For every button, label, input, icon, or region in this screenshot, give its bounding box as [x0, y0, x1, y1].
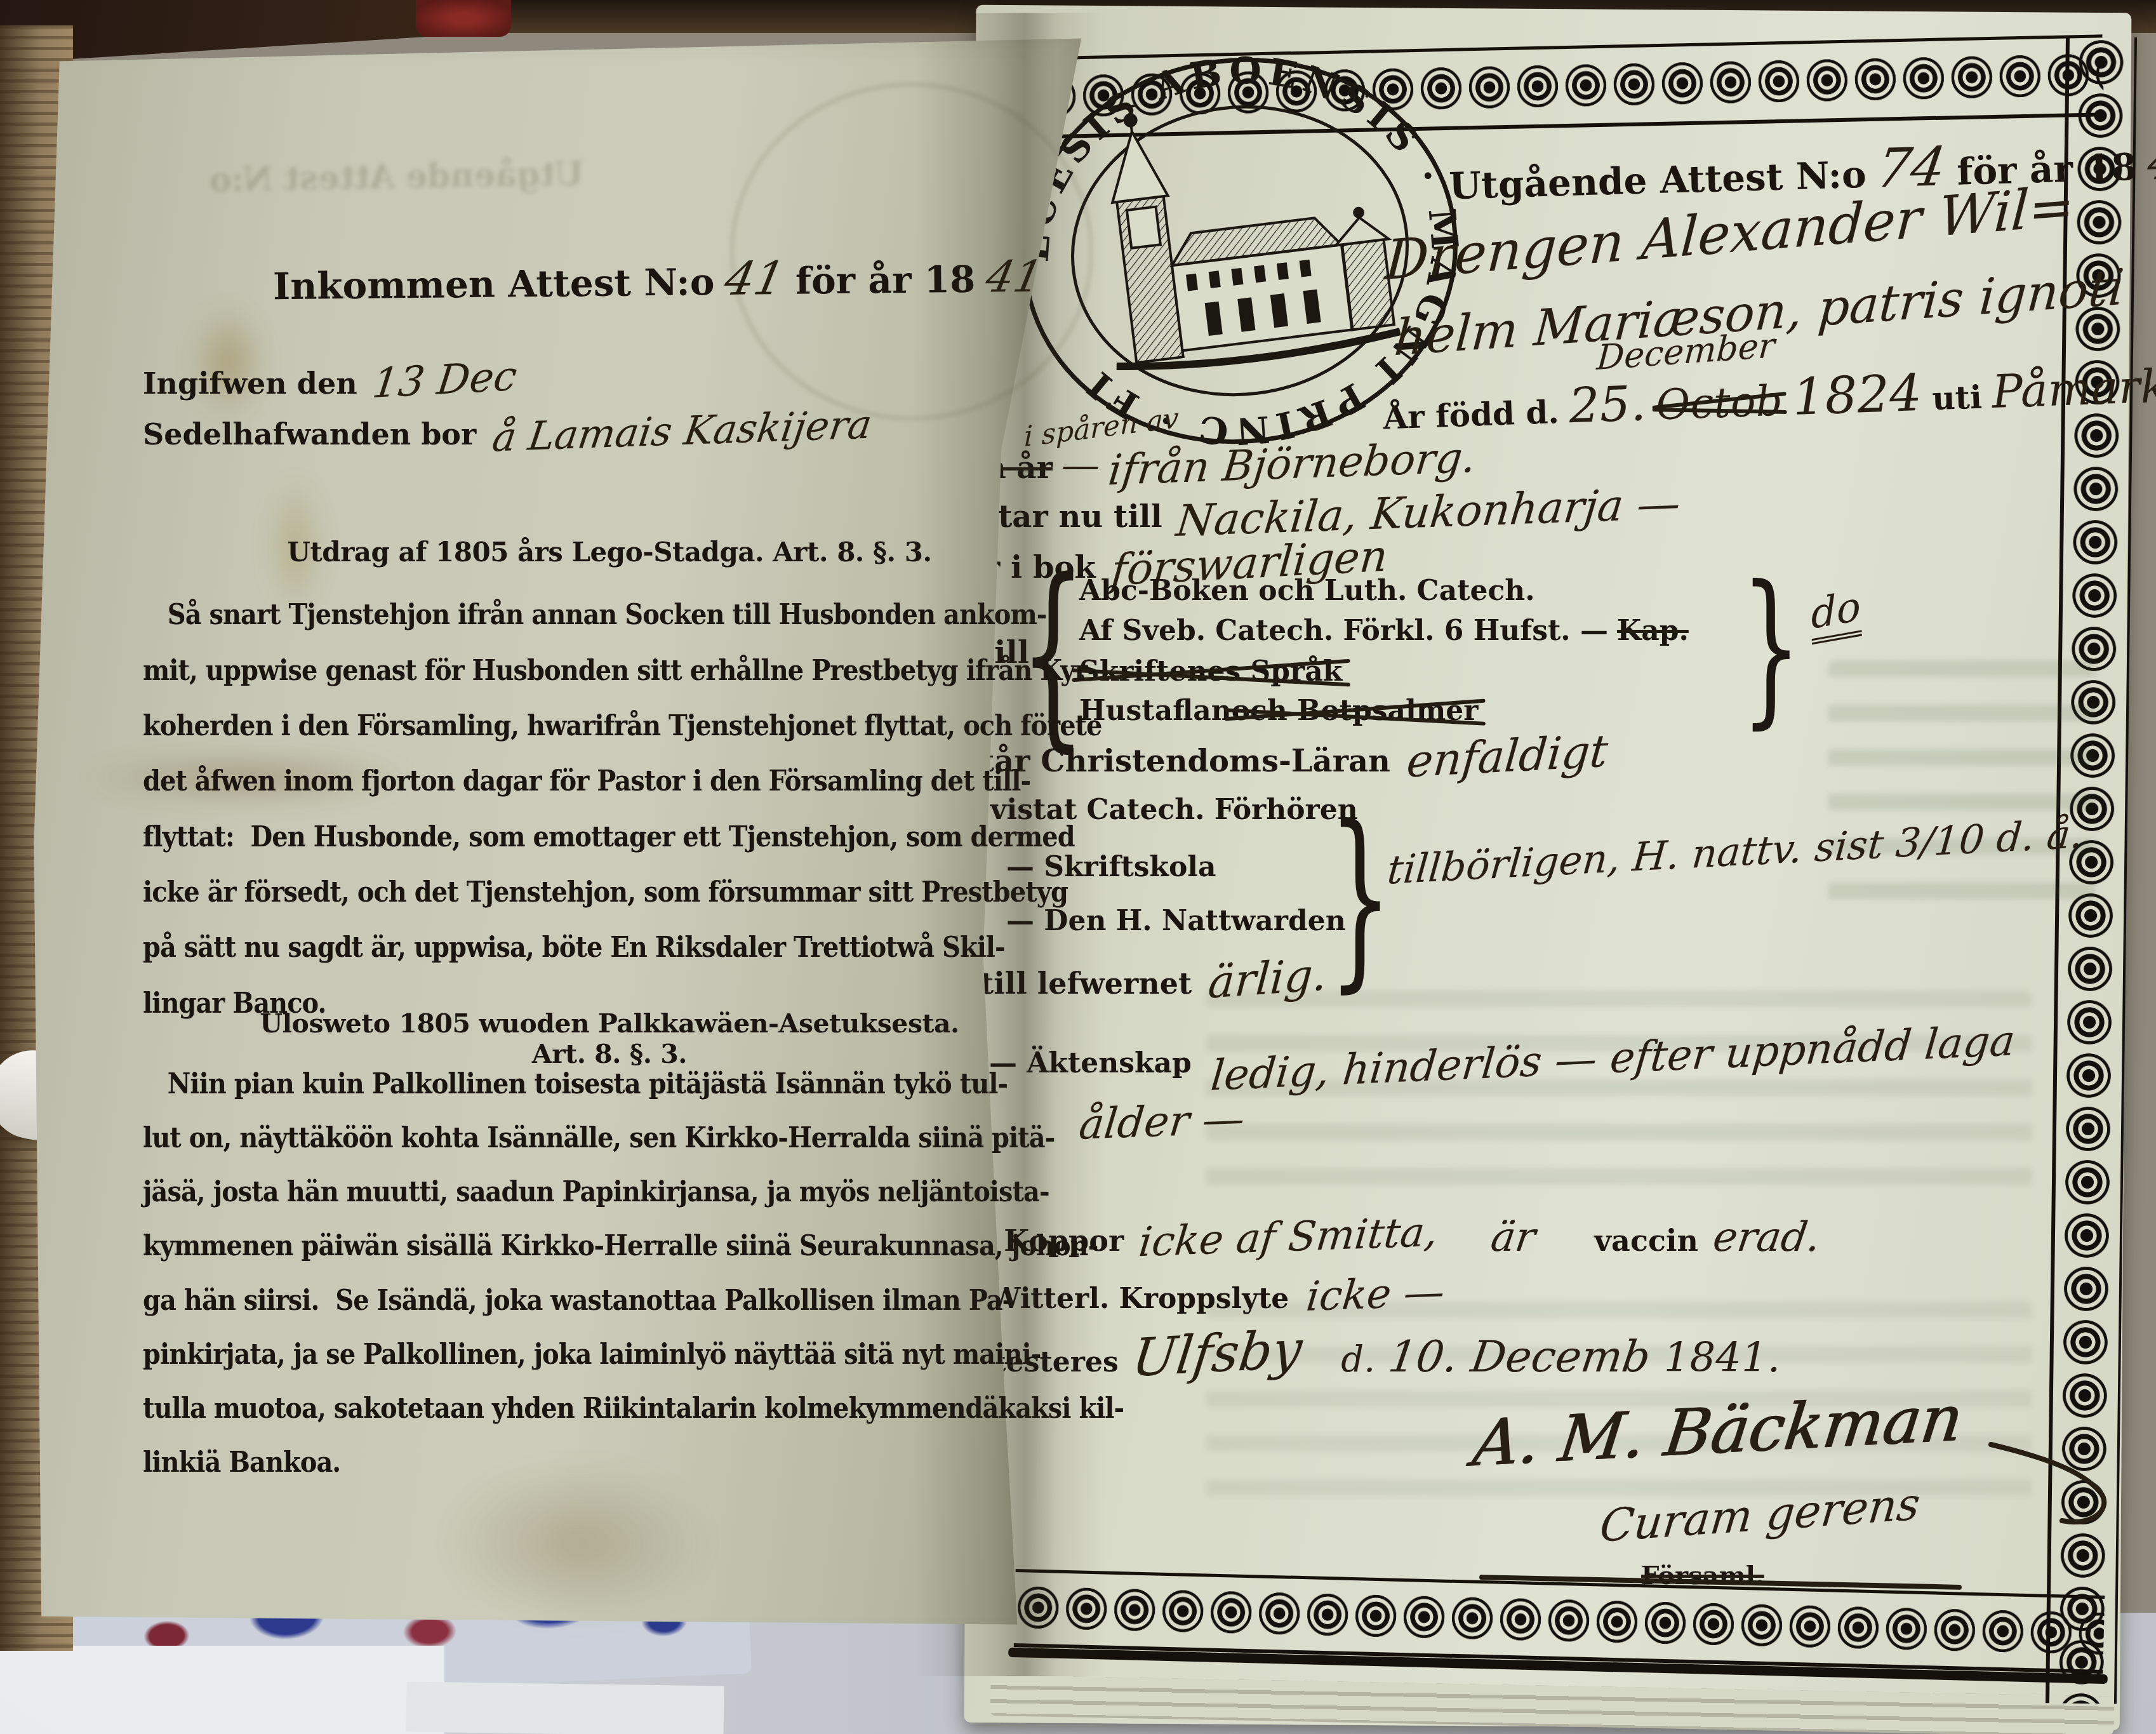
born-uti-label: uti [1931, 378, 1982, 418]
catechism-item-2: Af Sveb. Catech. Förkl. 6 Hufst. — Kap. [1079, 615, 1689, 647]
signature-struck-word: Församl. [1641, 1561, 1764, 1591]
from-dash: — [1061, 443, 1100, 488]
white-sheet-left [0, 1646, 444, 1734]
received-label: Ingifwen den [143, 366, 357, 401]
born-place: Påmark [1991, 359, 2156, 418]
bearer-value: å Lamais Kaskijera [489, 401, 875, 460]
bleedthrough-right-1 [1828, 660, 2095, 927]
born-day: 25. [1568, 375, 1647, 434]
catechism-item-2-text: Af Sveb. Catech. Förkl. 6 Hufst. — [1079, 615, 1608, 647]
attended-close-brace: } [1328, 801, 1392, 995]
signature-flourish [1986, 1432, 2119, 1540]
incoming-attest-header: Inkommen Attest N:o 41 för år 18 41 [273, 249, 1042, 310]
swedish-statute-heading: Utdrag af 1805 års Lego-Stadga. Art. 8. … [235, 537, 984, 568]
incoming-attest-year: 41 [982, 252, 1046, 303]
catechism-item-4: Hustaflan och Botpsalmer [1079, 695, 1478, 727]
catechism-item-4-text: Hustaflan [1079, 695, 1232, 727]
bleedthrough-text: Utgående Attest N:o [210, 154, 584, 199]
born-year: 1824 [1792, 363, 1923, 427]
moves-fragment: ttar nu till [984, 499, 1162, 535]
marriage-line: — Äktenskap ledig, hinderlös — efter upp… [989, 1034, 2015, 1083]
catechism-item-4-struck: och Botpsalmer [1232, 695, 1479, 727]
ditto-mark: do [1810, 583, 1861, 645]
moves-line: ttar nu till Nackila, Kukonharja — [984, 488, 1680, 538]
from-value: ifrån Björneborg. [1106, 433, 1478, 495]
pox-value-2: erad. [1710, 1214, 1823, 1261]
pox-ar: är [1487, 1214, 1538, 1261]
incoming-attest-number: 41 [721, 251, 790, 305]
born-label: År född d. [1383, 393, 1560, 437]
catechism-item-2-struck: Kap. [1617, 615, 1689, 647]
from-line: n år — ifrån Björneborg. [984, 439, 1476, 488]
conduct-value: ärlig. [1207, 948, 1329, 1009]
received-line: Ingifwen den 13 Dec [143, 357, 516, 404]
pox-value-1: icke af Smitta, [1136, 1209, 1440, 1267]
born-month-struck: Octob [1655, 377, 1783, 430]
blemish-value: icke — [1304, 1269, 1447, 1321]
catechism-item-1: Abc-Boken och Luth. Catech. [1079, 575, 1535, 607]
swedish-statute-paragraph: Så snart Tjenstehjon ifrån annan Socken … [143, 587, 1102, 1031]
attest-d-label: d. [1341, 1339, 1375, 1380]
incoming-attest-year-label: för år 18 [795, 258, 976, 303]
catechism-close-brace: } [1741, 564, 1801, 731]
moves-value: Nackila, Kukonharja — [1174, 479, 1683, 547]
bearer-label: Sedelhafwanden bor [143, 417, 476, 451]
bearer-line: Sedelhafwanden bor å Lamais Kaskijera [143, 408, 872, 454]
white-sheet-mid [406, 1682, 724, 1734]
outgoing-attest-year: 41. [2144, 130, 2156, 192]
christendom-value: enfaldigt [1405, 724, 1610, 787]
attest-date: 10. Decemb [1385, 1332, 1653, 1382]
pox-vaccin-label: vaccin [1594, 1224, 1698, 1258]
incoming-attest-label: Inkommen Attest N:o [273, 260, 715, 308]
catechism-item-3: Skriftenes Språk [1079, 655, 1342, 688]
red-marble-chip [416, 0, 511, 37]
book-photo: ECESIS ABOENSIS · MAGNI PRINC · FI [0, 0, 2156, 1734]
received-value: 13 Dec [369, 353, 519, 408]
attest-year: 1841. [1664, 1335, 1780, 1382]
attest-place: Ulfsby [1129, 1319, 1305, 1389]
finnish-statute-paragraph: Niin pian kuin Palkollinen toisesta pitä… [143, 1057, 1124, 1490]
